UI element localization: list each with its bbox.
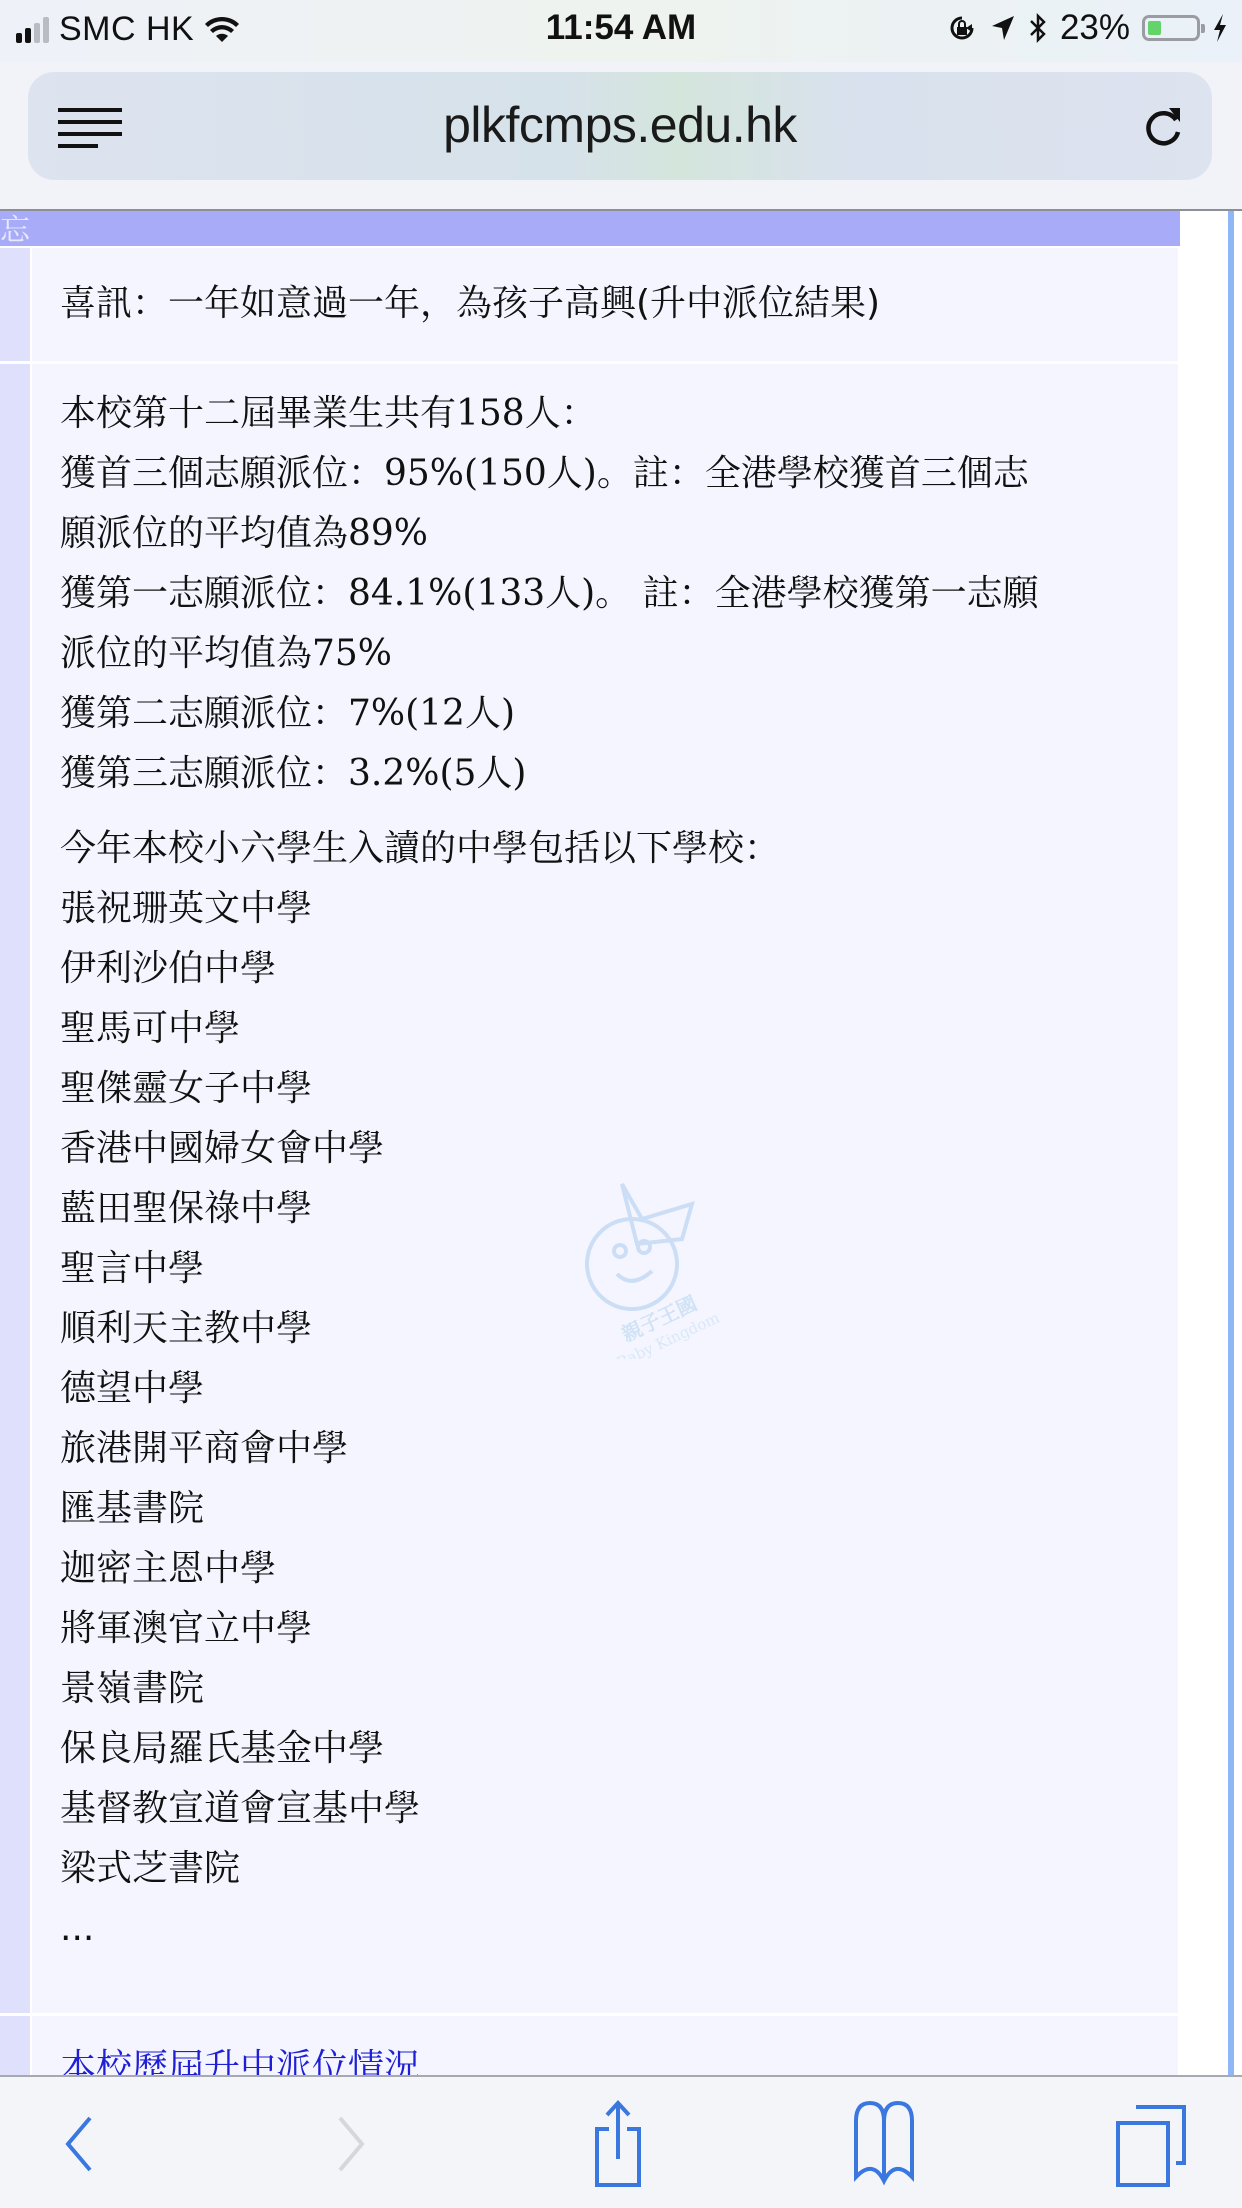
location-arrow-icon: [990, 14, 1016, 42]
reload-icon[interactable]: [1136, 100, 1190, 154]
list-item: 匯基書院: [60, 1479, 780, 1539]
list-item: 聖傑靈女子中學: [60, 1059, 780, 1119]
battery-icon: [1142, 15, 1200, 41]
url-text[interactable]: plkfcmps.edu.hk: [28, 96, 1212, 154]
list-item: 旅港開平商會中學: [60, 1419, 780, 1479]
forward-button[interactable]: [292, 2077, 412, 2208]
history-link-row: 本校歷屆升中派位情況: [32, 2016, 1178, 2075]
gutter-separator: [0, 2013, 30, 2016]
stats-line: 獲第二志願派位：7%(12人): [60, 684, 1039, 744]
web-page: 忘 喜訊：一年如意過一年，為孩子高興(升中派位結果) 本校第十二屆畢業生共有15…: [0, 211, 1242, 2075]
header-band-text: 忘: [0, 211, 30, 249]
back-button[interactable]: [18, 2077, 138, 2208]
bookmarks-icon: [839, 2099, 929, 2189]
battery-percent: 23%: [1060, 8, 1130, 48]
forward-icon: [332, 2114, 372, 2174]
announcement-title-row: 喜訊：一年如意過一年，為孩子高興(升中派位結果): [32, 248, 1178, 361]
bluetooth-icon: [1028, 12, 1048, 44]
more-ellipsis: ...: [60, 1899, 780, 1959]
list-item: 伊利沙伯中學: [60, 939, 780, 999]
stats-line: 願派位的平均值為89%: [60, 504, 1039, 564]
share-button[interactable]: [558, 2077, 678, 2208]
stats-line: 本校第十二屆畢業生共有158人：: [60, 384, 1039, 444]
list-item: 聖馬可中學: [60, 999, 780, 1059]
announcement-title: 喜訊：一年如意過一年，為孩子高興(升中派位結果): [60, 274, 880, 334]
status-bar: SMC HK 11:54 AM 23%: [0, 0, 1242, 62]
share-icon: [583, 2099, 653, 2189]
baby-kingdom-watermark-icon: 親子王國 Baby Kingdom: [552, 1159, 732, 1359]
list-item: 基督教宣道會宣基中學: [60, 1779, 780, 1839]
history-allocation-link[interactable]: 本校歷屆升中派位情況: [60, 2038, 420, 2075]
stats-line: 獲第三志願派位：3.2%(5人): [60, 744, 1039, 804]
charging-bolt-icon: [1212, 13, 1228, 43]
school-list: 今年本校小六學生入讀的中學包括以下學校： 張祝珊英文中學 伊利沙伯中學 聖馬可中…: [60, 819, 780, 1959]
rotation-lock-icon: [946, 12, 978, 44]
allocation-stats: 本校第十二屆畢業生共有158人： 獲首三個志願派位：95%(150人)。註：全港…: [60, 384, 1039, 804]
school-list-intro: 今年本校小六學生入讀的中學包括以下學校：: [60, 819, 780, 879]
list-item: 梁式芝書院: [60, 1839, 780, 1899]
list-item: 張祝珊英文中學: [60, 879, 780, 939]
gutter-separator: [0, 361, 30, 364]
tabs-icon: [1110, 2099, 1190, 2189]
list-item: 將軍澳官立中學: [60, 1599, 780, 1659]
stats-line: 派位的平均值為75%: [60, 624, 1039, 684]
scrollbar[interactable]: [1228, 211, 1234, 2075]
list-item: 保良局羅氏基金中學: [60, 1719, 780, 1779]
browser-address-bar-area: plkfcmps.edu.hk: [0, 62, 1242, 210]
bookmarks-button[interactable]: [824, 2077, 944, 2208]
list-item: 景嶺書院: [60, 1659, 780, 1719]
stats-line: 獲第一志願派位：84.1%(133人)。 註：全港學校獲第一志願: [60, 564, 1039, 624]
address-bar[interactable]: plkfcmps.edu.hk: [28, 72, 1212, 180]
back-icon: [58, 2114, 98, 2174]
list-item: 迦密主恩中學: [60, 1539, 780, 1599]
section-header-band: 忘: [0, 211, 1180, 246]
left-gutter: [0, 248, 30, 2075]
tabs-button[interactable]: [1090, 2077, 1210, 2208]
stats-line: 獲首三個志願派位：95%(150人)。註：全港學校獲首三個志: [60, 444, 1039, 504]
announcement-body-row: 本校第十二屆畢業生共有158人： 獲首三個志願派位：95%(150人)。註：全港…: [32, 364, 1178, 2013]
browser-toolbar: [0, 2075, 1242, 2208]
list-item: 德望中學: [60, 1359, 780, 1419]
